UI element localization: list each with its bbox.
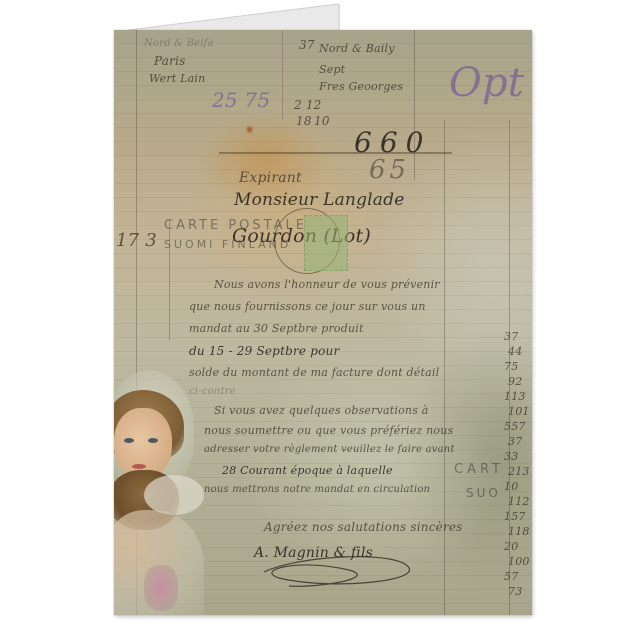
ledger-number: 10 [504, 480, 518, 493]
product-image: Nord & Belfa Paris Wert Lain 37 Nord & B… [0, 0, 644, 644]
ledger-text: Wert Lain [149, 72, 205, 85]
ledger-number: 113 [504, 390, 526, 403]
postage-stamp [304, 215, 348, 271]
ledger-text: 37 [299, 38, 315, 52]
ledger-number: 75 [504, 360, 518, 373]
victorian-girl-portrait [114, 370, 214, 615]
mouth [132, 464, 146, 469]
ledger-number: 73 [508, 585, 522, 598]
letter-line: mandat au 30 Septbre produit [189, 322, 364, 335]
ledger-text: 10 [314, 114, 330, 128]
eye [124, 438, 134, 443]
letter-line: nous mettrons notre mandat en circulatio… [204, 484, 430, 495]
ledger-column-line [444, 120, 445, 615]
ledger-number: 112 [508, 495, 530, 508]
ledger-red-line [282, 30, 283, 120]
ledger-number: 44 [508, 345, 522, 358]
letter-line: du 15 - 29 Septbre pour [189, 344, 339, 358]
letter-line: que nous fournissons ce jour sur vous un [189, 300, 426, 313]
ledger-number: 557 [504, 420, 526, 433]
collar [144, 475, 204, 515]
rust-stain [245, 125, 254, 134]
eye [148, 438, 158, 443]
letter-line: solde du montant de ma facture dont déta… [189, 366, 439, 379]
ledger-text: Sept [319, 63, 345, 76]
ledger-number: 100 [508, 555, 530, 568]
ledger-number: 157 [504, 510, 526, 523]
ledger-number: 92 [508, 375, 522, 388]
letter-line: Nous avons l'honneur de vous prévenir [214, 278, 440, 291]
ledger-number: 33 [504, 450, 518, 463]
address-line: Expirant [239, 170, 302, 186]
ledger-number: 118 [508, 525, 530, 538]
ledger-number: 20 [504, 540, 518, 553]
purple-ink-numbers: 25 75 [212, 88, 270, 112]
ledger-text: Fres Geoorges [319, 80, 403, 93]
ledger-number: 37 [508, 435, 522, 448]
ledger-text: Nord & Belfa [144, 38, 214, 49]
ledger-number: 37 [504, 330, 518, 343]
purple-ink-stamp: Opt [449, 60, 524, 106]
letter-line: nous soumettre ou que vous préfériez nou… [204, 424, 453, 437]
ledger-number: 17 3 [116, 230, 157, 251]
ledger-text: Paris [154, 54, 185, 68]
large-number: 65 [369, 155, 410, 185]
ledger-number: 213 [508, 465, 530, 478]
ledger-text: 2 12 [294, 98, 322, 112]
ledger-text: 18 [296, 114, 312, 128]
flower-bouquet [144, 565, 178, 611]
signature-flourish [259, 550, 419, 590]
card-front: Nord & Belfa Paris Wert Lain 37 Nord & B… [114, 30, 532, 615]
letter-line: Si vous avez quelques observations à [214, 404, 429, 417]
postcard-print: CART [454, 462, 504, 477]
postcard-print: SUO [466, 486, 501, 500]
ledger-number: 101 [508, 405, 530, 418]
address-line: Monsieur Langlade [234, 190, 404, 210]
letter-closing: Agréez nos salutations sincères [264, 520, 463, 534]
letter-line: adresser votre règlement veuillez le fai… [204, 444, 455, 455]
ledger-text: Nord & Baily [319, 42, 395, 55]
letter-line: 28 Courant époque à laquelle [222, 464, 393, 477]
ledger-number: 57 [504, 570, 518, 583]
postcard-print: SUOMI FINLAND [164, 238, 291, 251]
